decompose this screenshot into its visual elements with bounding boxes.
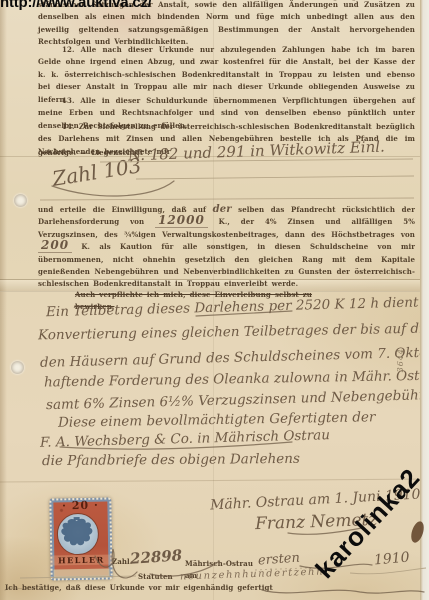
paragraph-consent: und erteile die Einwilligung, daß auf de… xyxy=(38,204,415,291)
revenue-stamp: 20 HELLER xyxy=(49,497,112,580)
handwritten-line: Konvertierung eines gleichen Teilbetrage… xyxy=(38,321,429,344)
certify-line: Ich bestätige, daß diese Urkunde vor mir… xyxy=(5,582,275,594)
double-eagle-icon xyxy=(58,514,97,553)
stamp-value: 20 xyxy=(49,498,111,512)
handwritten-year: 1910 xyxy=(373,549,410,568)
punch-hole xyxy=(14,194,27,207)
handwritten-insert: der xyxy=(213,204,232,215)
stamp-value-tablet xyxy=(54,569,110,579)
margin-reference-number: 3644 xyxy=(396,348,405,372)
handwritten-line: den Häusern auf Grund des Schuldscheines… xyxy=(40,343,429,371)
punch-hole xyxy=(11,361,24,374)
scanned-document-page: gen und Bestimmungen der Ablösungen gest… xyxy=(0,0,429,600)
handwritten-amount-200: 200 xyxy=(38,238,72,253)
consent-printed-4: K. als Kaution für alle sonstigen, in di… xyxy=(38,242,415,288)
auction-site-watermark: http://www.auktiva.cz/ xyxy=(0,0,152,11)
handwritten-line: die Pfandbriefe des obigen Darlehens xyxy=(42,451,300,469)
stamp-center-circle xyxy=(57,513,100,556)
handwritten-date-word: ersten xyxy=(258,551,301,569)
handwritten-amount-12000: 12000 xyxy=(155,213,208,228)
handwritten-line: haftende Forderung des Oleanka zulowna i… xyxy=(44,368,429,391)
handwritten-line: F. A. Wechsberg & Co. in Mährisch Ostrau xyxy=(40,427,330,451)
fold-crease xyxy=(0,479,429,483)
handwritten-document-number: 22898 xyxy=(129,546,182,568)
stamp-unit: HELLER xyxy=(50,554,112,565)
paper-right-edge xyxy=(420,0,429,600)
